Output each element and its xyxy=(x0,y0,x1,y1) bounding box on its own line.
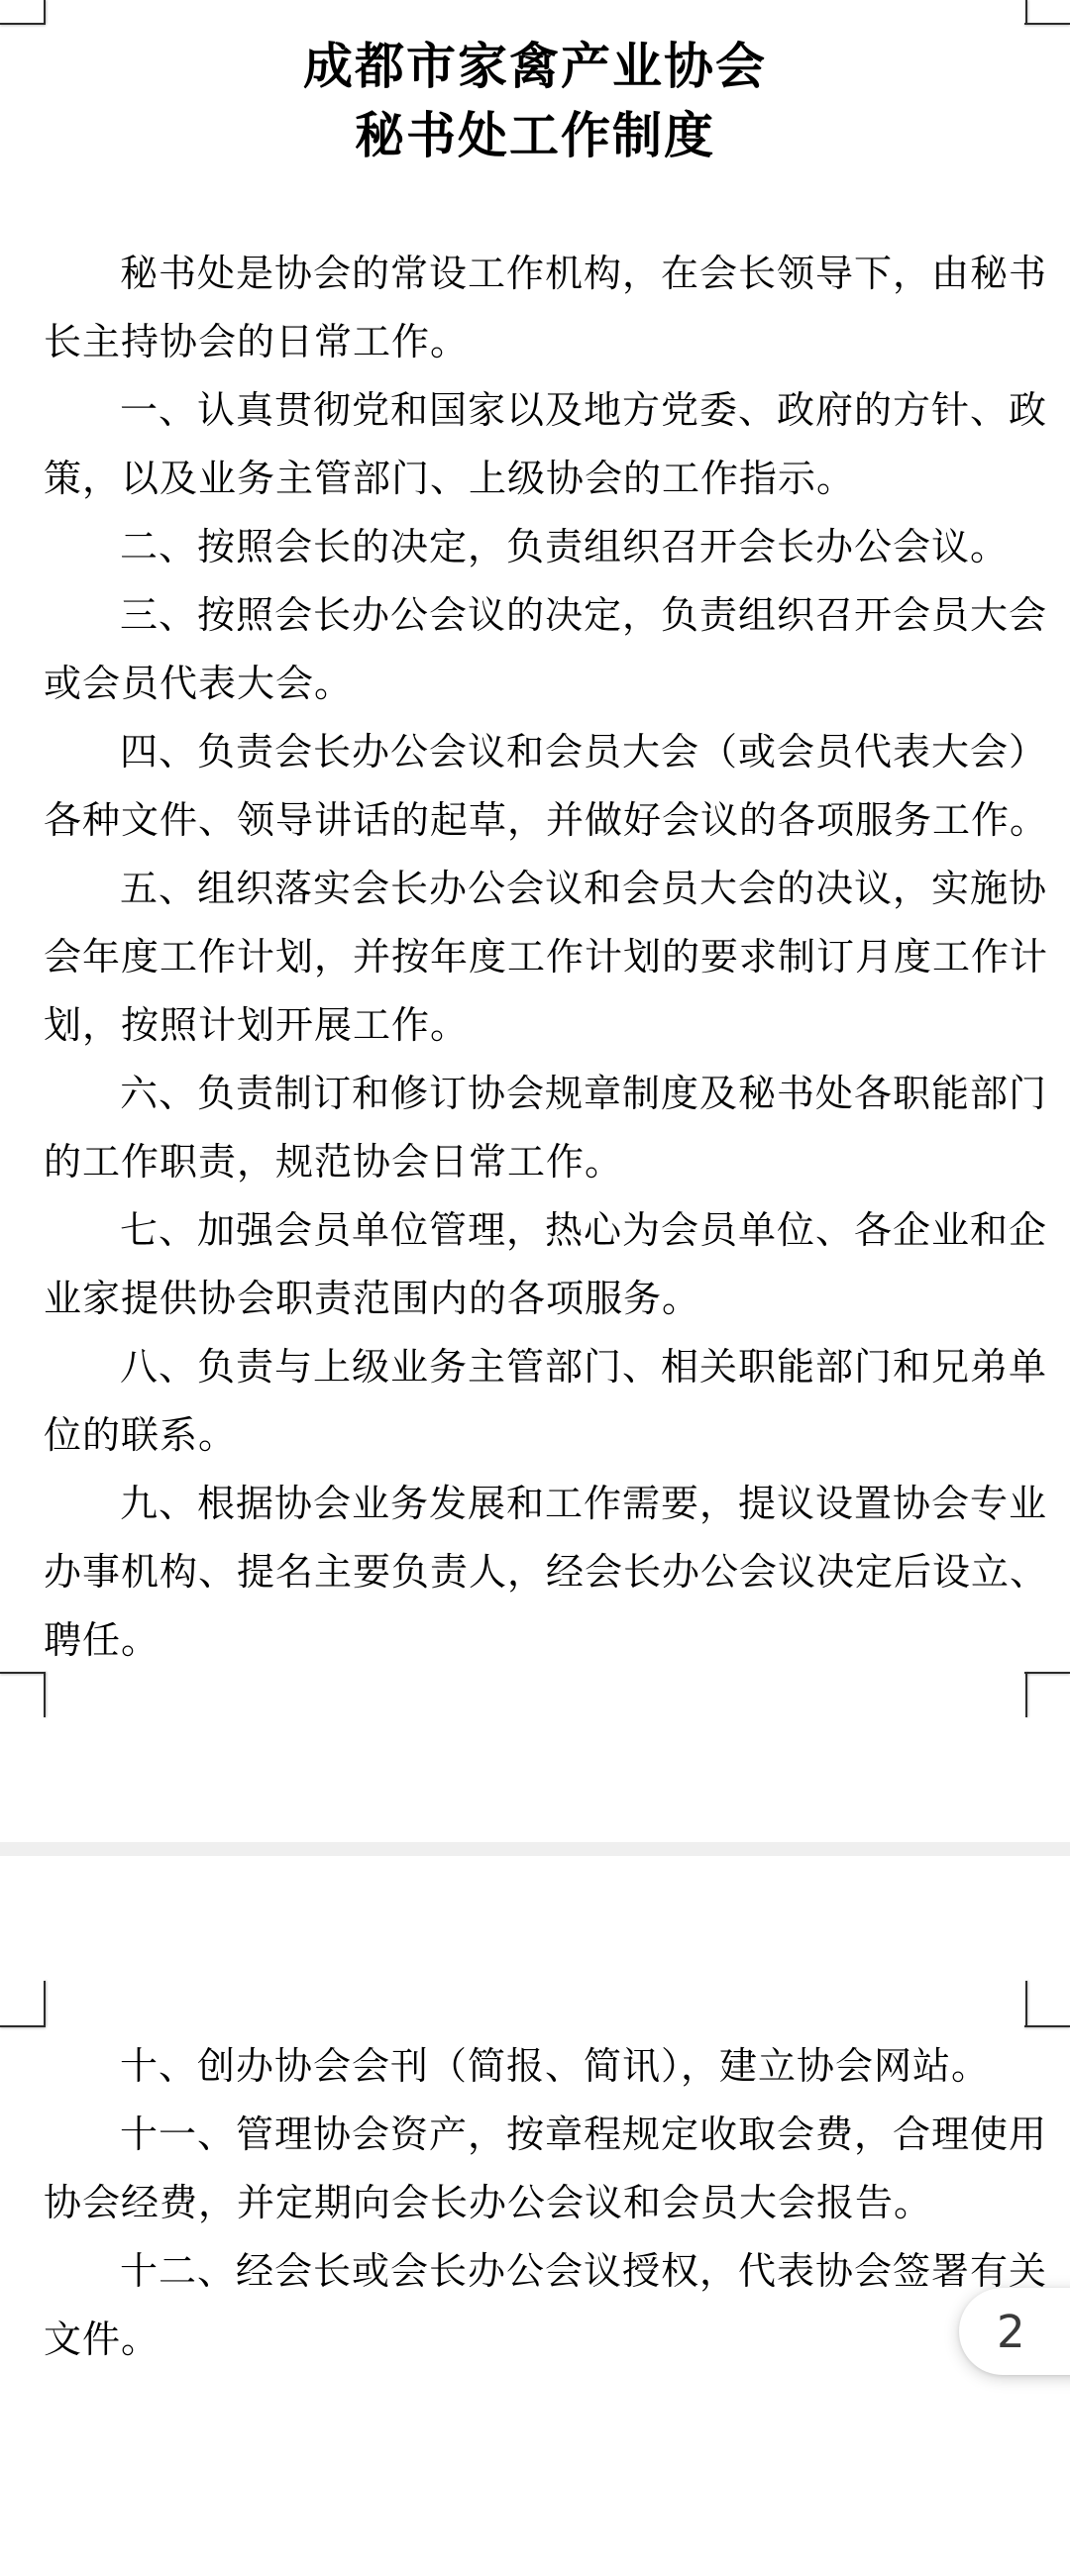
page-number-label: 2 xyxy=(997,2306,1025,2358)
text-line: 五、组织落实会长办公会议和会员大会的决议，实施协 xyxy=(120,865,1047,912)
text-line: 或会员代表大会。 xyxy=(44,660,353,707)
text-line: 六、负责制订和修订协会规章制度及秘书处各职能部门 xyxy=(120,1070,1047,1117)
text-line: 八、负责与上级业务主管部门、相关职能部门和兄弟单 xyxy=(120,1343,1047,1391)
document-title-line-1: 成都市家禽产业协会 xyxy=(0,36,1070,97)
page2-top-left-corner-mark xyxy=(44,1981,46,2026)
page1-bottom-right-corner-mark xyxy=(1025,1672,1027,1717)
page1-bottom-left-corner-mark xyxy=(44,1672,46,1717)
text-line: 的工作职责，规范协会日常工作。 xyxy=(44,1138,623,1185)
text-line: 划，按照计划开展工作。 xyxy=(44,1001,469,1049)
text-line: 办事机构、提名主要负责人，经会长办公会议决定后设立、 xyxy=(44,1548,1048,1596)
text-line: 三、按照会长办公会议的决定，负责组织召开会员大会 xyxy=(120,591,1047,639)
document-viewer: 成都市家禽产业协会 秘书处工作制度 秘书处是协会的常设工作机构，在会长领导下，由… xyxy=(0,0,1070,2576)
text-line: 四、负责会长办公会议和会员大会（或会员代表大会） xyxy=(120,728,1047,775)
text-line: 二、按照会长的决定，负责组织召开会长办公会议。 xyxy=(120,523,1009,570)
text-line: 长主持协会的日常工作。 xyxy=(44,318,469,365)
text-line: 各种文件、领导讲话的起草，并做好会议的各项服务工作。 xyxy=(44,796,1048,844)
text-line: 协会经费，并定期向会长办公会议和会员大会报告。 xyxy=(44,2179,932,2226)
page1-bottom-left-corner-mark xyxy=(0,1672,46,1674)
text-line: 会年度工作计划，并按年度工作计划的要求制订月度工作计 xyxy=(44,933,1048,980)
text-line: 十、创办协会会刊（简报、简讯），建立协会网站。 xyxy=(120,2042,990,2090)
text-line: 九、根据协会业务发展和工作需要，提议设置协会专业 xyxy=(120,1480,1047,1527)
text-line: 位的联系。 xyxy=(44,1411,237,1459)
page2-top-left-corner-mark xyxy=(0,2025,46,2027)
page-number-bubble[interactable]: 2 xyxy=(959,2288,1070,2375)
page-separator xyxy=(0,1842,1070,1856)
text-line: 文件。 xyxy=(44,2316,160,2363)
text-line: 十一、管理协会资产，按章程规定收取会费，合理使用 xyxy=(120,2111,1047,2158)
text-line: 策，以及业务主管部门、上级协会的工作指示。 xyxy=(44,455,855,502)
page1-top-right-corner-mark xyxy=(1025,0,1027,24)
page1-top-left-corner-mark xyxy=(0,23,46,25)
page2-top-right-corner-mark xyxy=(1024,2025,1070,2027)
text-line: 十二、经会长或会长办公会议授权，代表协会签署有关 xyxy=(120,2247,1047,2295)
text-line: 业家提供协会职责范围内的各项服务。 xyxy=(44,1275,700,1322)
text-line: 聘任。 xyxy=(44,1616,160,1664)
page1-top-right-corner-mark xyxy=(1024,23,1070,25)
page1-top-left-corner-mark xyxy=(44,0,46,24)
text-line: 七、加强会员单位管理，热心为会员单位、各企业和企 xyxy=(120,1206,1047,1254)
document-title-line-2: 秘书处工作制度 xyxy=(0,105,1070,166)
page1-bottom-right-corner-mark xyxy=(1024,1672,1070,1674)
text-line: 秘书处是协会的常设工作机构，在会长领导下，由秘书 xyxy=(120,250,1047,297)
page2-top-right-corner-mark xyxy=(1025,1981,1027,2026)
text-line: 一、认真贯彻党和国家以及地方党委、政府的方针、政 xyxy=(120,386,1047,434)
